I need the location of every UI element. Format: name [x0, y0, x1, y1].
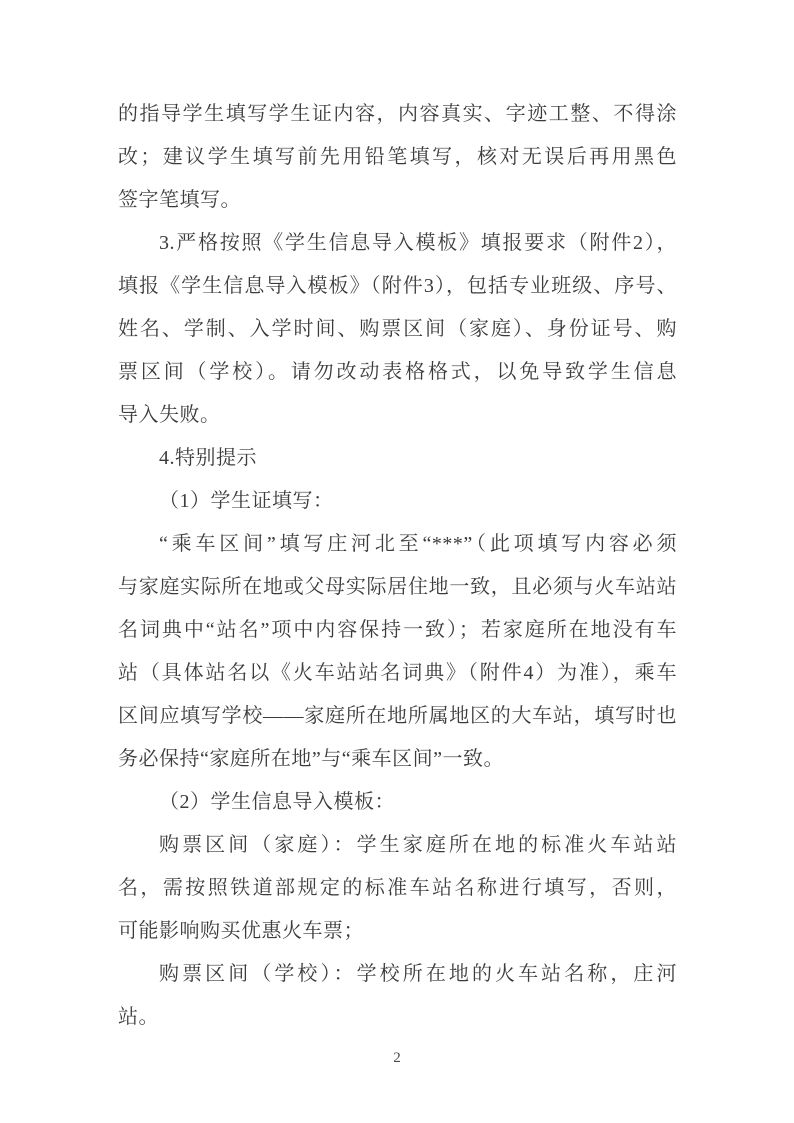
text-line: （2）学生信息导入模板：: [118, 781, 677, 824]
text-line: 站（具体站名以《火车站站名词典》（附件4）为准），乘车: [118, 652, 677, 695]
text-line: 的指导学生填写学生证内容，内容真实、字迹工整、不得涂: [118, 93, 677, 136]
text-line: 站。: [118, 996, 677, 1039]
text-line: 改；建议学生填写前先用铅笔填写，核对无误后再用黑色: [118, 136, 677, 179]
text-line: 票区间（学校）。请勿改动表格格式，以免导致学生信息: [118, 351, 677, 394]
text-line: 与家庭实际所在地或父母实际居住地一致，且必须与火车站站: [118, 566, 677, 609]
text-line: 导入失败。: [118, 394, 677, 437]
text-line: 可能影响购买优惠火车票；: [118, 910, 677, 953]
page-number: 2: [0, 1050, 794, 1067]
text-line: 名词典中“站名”项中内容保持一致）；若家庭所在地没有车: [118, 609, 677, 652]
text-line: 务必保持“家庭所在地”与“乘车区间”一致。: [118, 738, 677, 781]
text-line: 购票区间（家庭）：学生家庭所在地的标准火车站站: [118, 824, 677, 867]
text-line: 名，需按照铁道部规定的标准车站名称进行填写，否则，: [118, 867, 677, 910]
text-line: （1）学生证填写：: [118, 480, 677, 523]
document-page: 的指导学生填写学生证内容，内容真实、字迹工整、不得涂 改；建议学生填写前先用铅笔…: [0, 0, 794, 1123]
text-line: 4.特别提示: [118, 437, 677, 480]
text-line: 购票区间（学校）：学校所在地的火车站名称，庄河: [118, 953, 677, 996]
text-line: 签字笔填写。: [118, 179, 677, 222]
document-body: 的指导学生填写学生证内容，内容真实、字迹工整、不得涂 改；建议学生填写前先用铅笔…: [118, 93, 677, 1039]
text-line: 3.严格按照《学生信息导入模板》填报要求（附件2），: [118, 222, 677, 265]
text-line: 区间应填写学校——家庭所在地所属地区的大车站，填写时也: [118, 695, 677, 738]
text-line: “乘车区间”填写庄河北至“***”（此项填写内容必须: [118, 523, 677, 566]
text-line: 填报《学生信息导入模板》（附件3），包括专业班级、序号、: [118, 265, 677, 308]
text-line: 姓名、学制、入学时间、购票区间（家庭）、身份证号、购: [118, 308, 677, 351]
